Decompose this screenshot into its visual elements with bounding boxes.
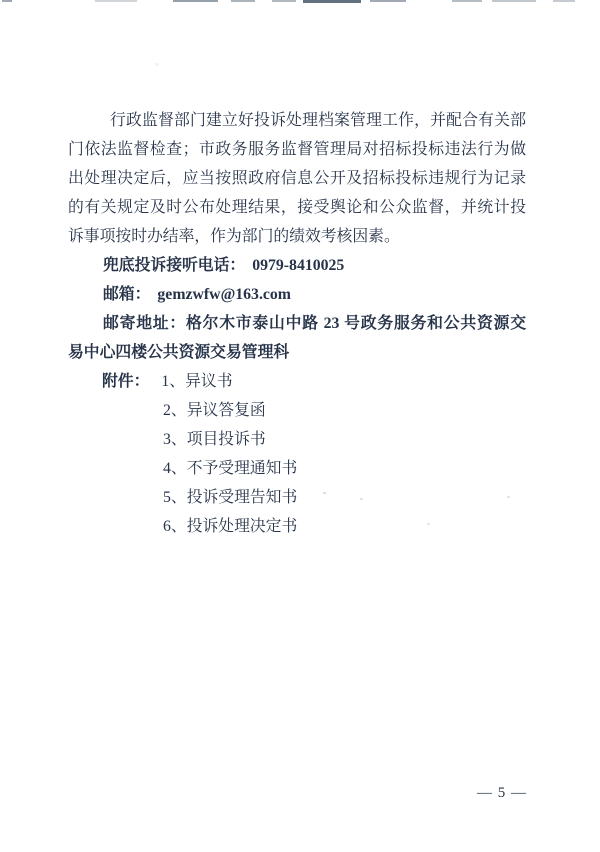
email-value: gemzwfw@163.com: [157, 286, 291, 303]
paragraph-line: 出处理决定后，应当按照政府信息公开及招标投标违规行为记录: [68, 164, 526, 193]
scan-artifact: [370, 0, 406, 2]
hotline-label: 兜底投诉接听电话：: [103, 257, 245, 274]
address-line: 邮寄地址：格尔木市泰山中路 23 号政务服务和公共资源交: [68, 309, 526, 338]
attachment-item: 6、投诉处理决定书: [163, 512, 526, 541]
attachment-item: 2、异议答复函: [163, 396, 526, 425]
attachment-item: 4、不予受理通知书: [163, 454, 526, 483]
paragraph-line: 诉事项按时办结率，作为部门的绩效考核因素。: [68, 222, 526, 251]
scan-artifact: [553, 0, 575, 2]
paragraph-line: 行政监督部门建立好投诉处理档案管理工作，并配合有关部: [68, 106, 526, 135]
email-label: 邮箱：: [103, 286, 150, 303]
address-line: 易中心四楼公共资源交易管理科: [68, 338, 526, 367]
attachment-item: 1、异议书: [161, 367, 232, 396]
scan-artifact: [2, 0, 12, 2]
scan-speck: [155, 63, 159, 66]
page-number: — 5 —: [477, 784, 527, 802]
attachments-row: 附件： 1、异议书: [68, 367, 526, 396]
attachment-item: 5、投诉受理告知书: [163, 483, 526, 512]
document-page: 行政监督部门建立好投诉处理档案管理工作，并配合有关部 门依法监督检查；市政务服务…: [0, 0, 600, 852]
hotline-number: 0979-8410025: [252, 257, 344, 274]
scan-artifact: [173, 0, 218, 2]
paragraph-line: 的有关规定及时公布处理结果，接受舆论和公众监督，并统计投: [68, 193, 526, 222]
body-text: 行政监督部门建立好投诉处理档案管理工作，并配合有关部 门依法监督检查；市政务服务…: [68, 106, 526, 541]
scan-artifact: [492, 0, 536, 2]
scan-artifact: [272, 0, 296, 2]
scan-artifact: [231, 0, 255, 2]
scan-artifact: [452, 0, 482, 2]
attachment-item: 3、项目投诉书: [163, 425, 526, 454]
attachments-label: 附件：: [102, 367, 149, 396]
scan-artifact: [303, 0, 361, 3]
scan-artifact: [95, 0, 137, 2]
email-line: 邮箱：gemzwfw@163.com: [68, 280, 526, 309]
paragraph-line: 门依法监督检查；市政务服务监督管理局对招标投标违法行为做: [68, 135, 526, 164]
hotline-line: 兜底投诉接听电话：0979-8410025: [68, 251, 526, 280]
